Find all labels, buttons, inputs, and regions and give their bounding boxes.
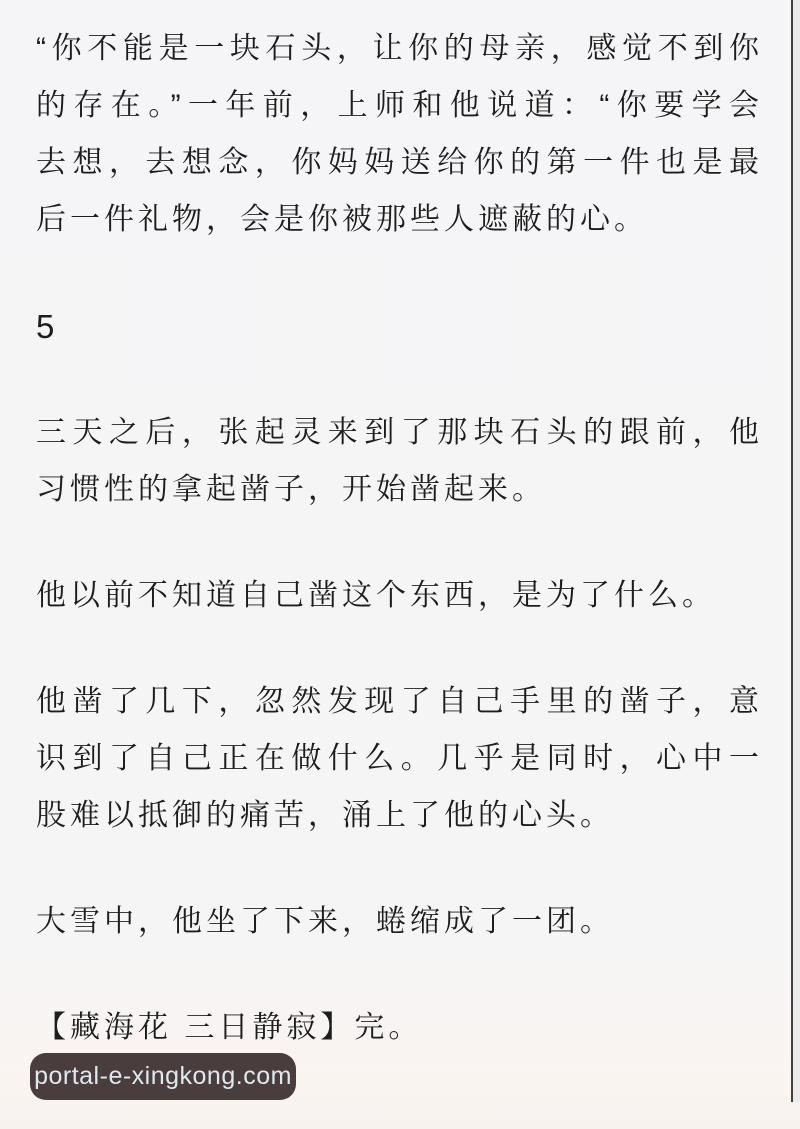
paragraph: 三天之后，张起灵来到了那块石头的跟前，他习惯性的拿起凿子，开始凿起来。: [36, 404, 763, 518]
section-number: 5: [36, 298, 763, 355]
paragraph: 他以前不知道自己凿这个东西，是为了什么。: [36, 567, 763, 624]
novel-text-content: “你不能是一块石头，让你的母亲，感觉不到你的存在。”一年前，上师和他说道：“你要…: [36, 20, 763, 1105]
paragraph-quote: “你不能是一块石头，让你的母亲，感觉不到你的存在。”一年前，上师和他说道：“你要…: [36, 20, 763, 248]
watermark-url: portal-e-xingkong.com: [34, 1062, 292, 1091]
chapter-end-line: 【藏海花 三日静寂】完。: [36, 999, 763, 1056]
watermark-badge: portal-e-xingkong.com: [30, 1053, 296, 1100]
paragraph: 大雪中，他坐了下来，蜷缩成了一团。: [36, 893, 763, 950]
page-edge-line: [791, 0, 800, 1102]
reader-page: “你不能是一块石头，让你的母亲，感觉不到你的存在。”一年前，上师和他说道：“你要…: [0, 0, 800, 1129]
paragraph: 他凿了几下，忽然发现了自己手里的凿子，意识到了自己正在做什么。几乎是同时，心中一…: [36, 673, 763, 844]
